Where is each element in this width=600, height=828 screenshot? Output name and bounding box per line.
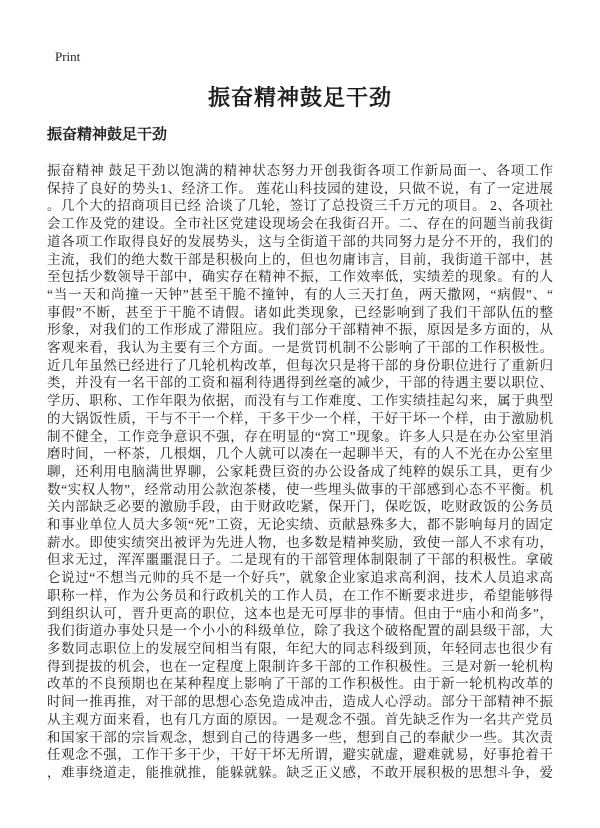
document-subtitle: 振奋精神鼓足干劲: [47, 126, 553, 144]
document-page: Print 振奋精神鼓足干劲 振奋精神鼓足干劲 振奋精神 鼓足干劲以饱满的精神状…: [0, 0, 600, 782]
print-link[interactable]: Print: [55, 49, 80, 64]
document-body-text: 振奋精神 鼓足干劲以饱满的精神状态努力开创我街各项工作新局面一、各项工作 保持了…: [47, 162, 553, 782]
page-title: 振奋精神鼓足干劲: [47, 85, 553, 111]
